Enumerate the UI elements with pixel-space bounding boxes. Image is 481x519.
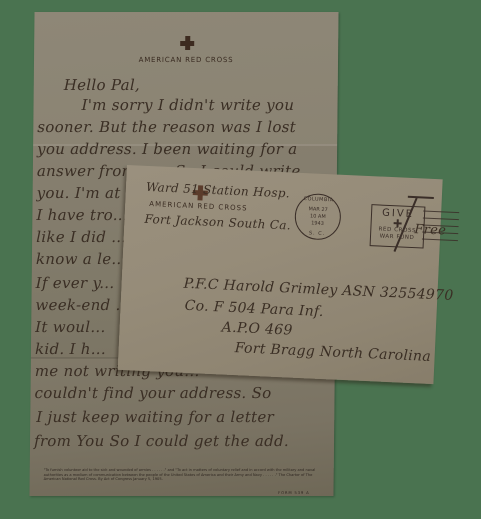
- letter-line: I just keep waiting for a letter: [36, 408, 274, 426]
- postmark-city: COLUMBIA: [297, 196, 341, 204]
- letter-line: It woul...: [35, 318, 106, 336]
- charter-footer: "To furnish volunteer aid to the sick an…: [44, 468, 324, 482]
- letter-line: week-end ...: [35, 296, 131, 314]
- recipient-line: A.P.O 469: [221, 319, 293, 338]
- postmark-year: 1943: [295, 220, 339, 228]
- letter-line: couldn't find your address. So: [34, 384, 271, 402]
- letter-line: I have tro...: [36, 206, 128, 224]
- letter-line: you address. I been waiting for a: [37, 140, 298, 158]
- letter-line: sooner. But the reason was I lost: [37, 118, 296, 136]
- form-number: FORM 539 A: [278, 490, 309, 495]
- red-cross-icon: [393, 219, 401, 227]
- letter-line: kid. I h...: [35, 340, 106, 358]
- return-address-line: Ward 51 Station Hosp.: [146, 180, 291, 201]
- envelope: AMERICAN RED CROSS Ward 51 Station Hosp.…: [118, 165, 443, 384]
- letter-line: I'm sorry I didn't write you: [81, 96, 294, 114]
- letter-line: like I did ...: [36, 228, 126, 246]
- letter-line: from You So I could get the add.: [34, 432, 289, 450]
- recipient-line: Co. F 504 Para Inf.: [184, 298, 324, 320]
- letter-line: If ever y...: [36, 274, 115, 292]
- postmark-stamp: COLUMBIA MAR 27 10 AM 1943 S. C.: [294, 193, 342, 241]
- return-address-line: Fort Jackson South Ca.: [144, 212, 291, 233]
- red-cross-icon: [180, 36, 194, 50]
- frank-bar: [408, 196, 434, 199]
- free-frank: Free: [414, 222, 446, 238]
- letter-line: know a le...: [36, 250, 127, 268]
- recipient-line: Fort Bragg North Carolina: [234, 340, 431, 365]
- letter-line: Hello Pal,: [64, 76, 140, 94]
- envelope-letterhead-title: AMERICAN RED CROSS: [149, 200, 248, 212]
- letterhead-title: AMERICAN RED CROSS: [34, 56, 338, 64]
- postmark-state: S. C.: [295, 230, 339, 238]
